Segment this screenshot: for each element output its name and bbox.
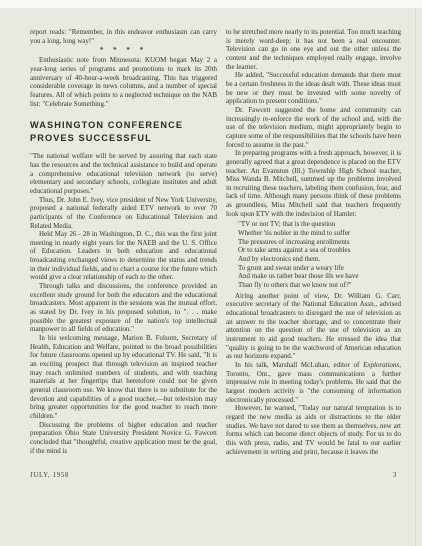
asterisk-separator: * * * *: [30, 46, 217, 55]
article-heading-line1: WASHINGTON CONFERENCE: [30, 119, 217, 132]
poem-line: And make us rather bear those ills we ha…: [238, 272, 401, 281]
explorations-title: Explorations: [363, 361, 399, 369]
footer-page-number: 3: [393, 471, 397, 479]
poem-line: "TV or not TV; that is the question: [238, 220, 401, 229]
paragraph-mcluhan-warning: However, he warned, "Today our natural t…: [226, 404, 401, 456]
article-heading-line2: PROVES SUCCESSFUL: [30, 132, 217, 145]
poem-line: The pressures of increasing enrollments: [238, 238, 401, 247]
paragraph-talks-discussions: Through talks and discussions, the confe…: [30, 282, 217, 334]
hamlet-parody-poem: "TV or not TV; that is the question Whet…: [238, 220, 401, 289]
paragraph-he-added: He added, "Successful education demands …: [226, 71, 401, 106]
poem-line: Or to take arms against a sea of trouble…: [238, 246, 401, 255]
paragraph-home-community: Dr. Fawcett suggested the home and commu…: [226, 106, 401, 149]
paragraph-ivey-proposal: Thus, Dr. John E. Ivey, vice president o…: [30, 196, 217, 231]
paragraph-meeting-details: Held May 26 - 28 in Washington, D. C., t…: [30, 230, 217, 282]
poem-line: Whether 'tis nobler in the mind to suffe…: [238, 229, 401, 238]
poem-line: And by electronics end them.: [238, 255, 401, 264]
scanned-magazine-page: report reads: "Remember, in this endeavo…: [0, 8, 422, 546]
paragraph-national-welfare-quote: "The national welfare will be served by …: [30, 152, 217, 195]
poem-line: Than fly to others that we know not of?": [238, 281, 401, 290]
footer-issue-date: JULY, 1958: [30, 471, 69, 479]
paragraph-fawcett-intro: Discussing the problems of higher educat…: [30, 421, 217, 456]
page-edge-shadow: [415, 8, 416, 546]
paragraph-carr-view: Airing another point of view, Dr. Willia…: [226, 292, 401, 361]
paragraph-mitchell-hamlet: In preparing programs with a fresh appro…: [226, 149, 401, 218]
poem-line: To grunt and sweat under a weary life: [238, 264, 401, 273]
left-column: report reads: "Remember, in this endeavo…: [30, 28, 217, 456]
paragraph-mcluhan: In his talk, Marshall McLuhan, editor of…: [226, 361, 401, 404]
paragraph-folsom-message: In his welcoming message, Marion B. Fols…: [30, 334, 217, 421]
page-footer: JULY, 1958 3: [30, 471, 401, 479]
mcluhan-text-pre: In his talk, Marshall McLuhan, editor of: [235, 361, 363, 369]
paragraph-continuation-report: report reads: "Remember, in this endeavo…: [30, 28, 217, 45]
article-heading: WASHINGTON CONFERENCE PROVES SUCCESSFUL: [30, 119, 217, 145]
paragraph-continuation-potential: to be stretched more nearly to its poten…: [226, 28, 401, 71]
paragraph-kuom-note: Enthusiastic note from Minnesota: KUOM b…: [30, 56, 217, 108]
two-column-layout: report reads: "Remember, in this endeavo…: [30, 28, 401, 456]
right-column: to be stretched more nearly to its poten…: [226, 28, 401, 456]
